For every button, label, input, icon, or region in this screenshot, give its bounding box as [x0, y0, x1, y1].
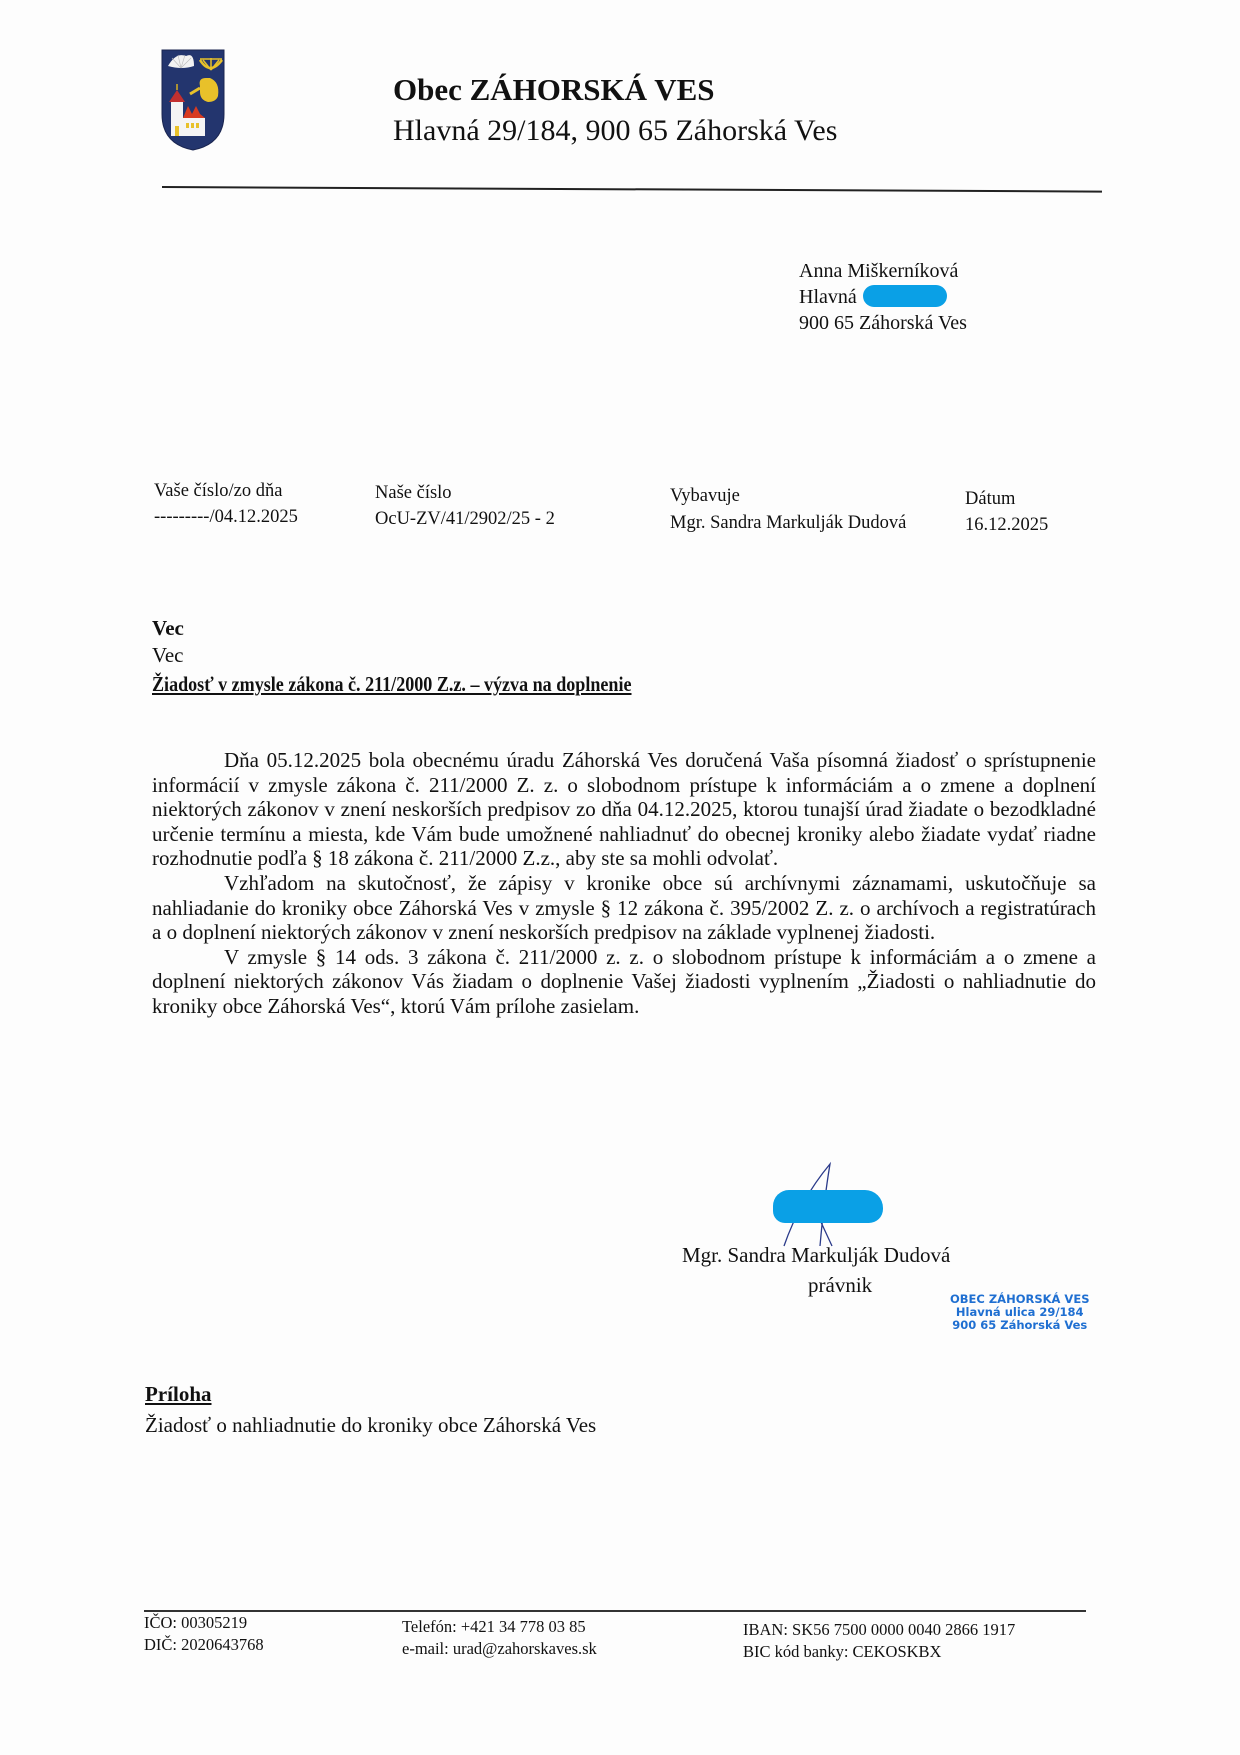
- subject-label-bold: Vec: [152, 616, 184, 641]
- subject-label: Vec: [152, 643, 183, 668]
- handled-by-value: Mgr. Sandra Markulják Dudová: [670, 510, 906, 536]
- municipality-address: Hlavná 29/184, 900 65 Záhorská Ves: [393, 114, 837, 148]
- signature-redaction: [773, 1190, 883, 1223]
- recipient-street: Hlavná: [799, 284, 947, 310]
- footer-phone: Telefón: +421 34 778 03 85: [402, 1616, 586, 1638]
- municipality-name: Obec ZÁHORSKÁ VES: [393, 72, 715, 108]
- signatory-role: právnik: [808, 1273, 872, 1298]
- recipient-city: 900 65 Záhorská Ves: [799, 310, 967, 336]
- date-label: Dátum: [965, 486, 1015, 512]
- recipient-name: Anna Miškerníková: [799, 258, 958, 284]
- footer-email: e-mail: urad@zahorskaves.sk: [402, 1638, 597, 1660]
- footer-dic: DIČ: 2020643768: [144, 1634, 264, 1656]
- header-divider: [162, 186, 1102, 193]
- handled-by-label: Vybavuje: [670, 483, 740, 509]
- coat-of-arms-icon: [160, 48, 226, 152]
- our-ref-label: Naše číslo: [375, 480, 452, 506]
- official-stamp: OBEC ZÁHORSKÁ VES Hlavná ulica 29/184 90…: [950, 1293, 1089, 1332]
- body-paragraph: Vzhľadom na skutočnosť, že zápisy v kron…: [152, 871, 1096, 945]
- body-paragraph: V zmysle § 14 ods. 3 zákona č. 211/2000 …: [152, 945, 1096, 1019]
- footer-bic: BIC kód banky: CEKOSKBX: [743, 1641, 941, 1663]
- footer-iban: IBAN: SK56 7500 0000 0040 2866 1917: [743, 1619, 1015, 1641]
- letter-body: Dňa 05.12.2025 bola obecnému úradu Záhor…: [152, 748, 1096, 1019]
- body-paragraph: Dňa 05.12.2025 bola obecnému úradu Záhor…: [152, 748, 1096, 871]
- attachment-heading: Príloha: [145, 1382, 212, 1407]
- date-value: 16.12.2025: [965, 512, 1048, 538]
- recipient-street-text: Hlavná: [799, 286, 857, 308]
- footer-ico: IČO: 00305219: [144, 1612, 247, 1634]
- subject-text: Žiadosť v zmysle zákona č. 211/2000 Z.z.…: [152, 672, 632, 697]
- footer-divider: [144, 1610, 1086, 1612]
- redaction-mark: [863, 285, 947, 307]
- attachment-item: Žiadosť o nahliadnutie do kroniky obce Z…: [145, 1413, 596, 1438]
- signatory-name: Mgr. Sandra Markulják Dudová: [682, 1243, 950, 1268]
- stamp-line: 900 65 Záhorská Ves: [950, 1319, 1089, 1332]
- your-ref-value: ---------/04.12.2025: [154, 504, 298, 530]
- your-ref-label: Vaše číslo/zo dňa: [154, 478, 282, 504]
- our-ref-value: OcU-ZV/41/2902/25 - 2: [375, 506, 555, 532]
